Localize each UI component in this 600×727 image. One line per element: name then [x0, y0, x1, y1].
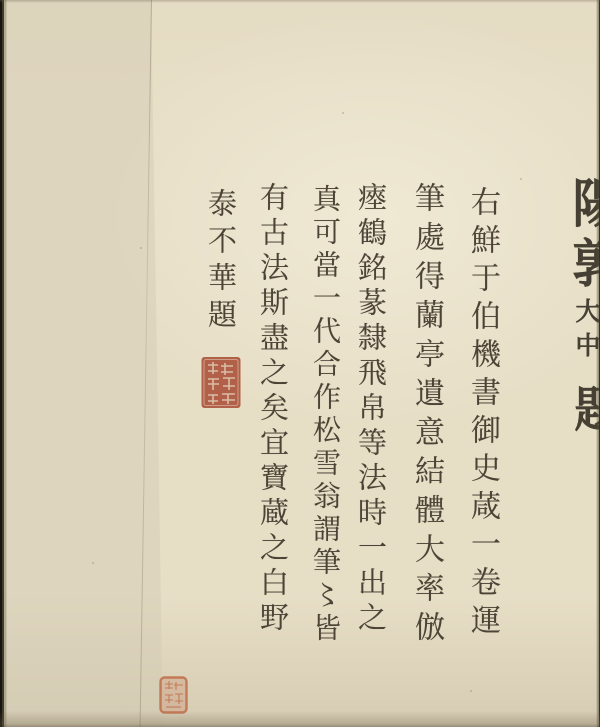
- scroll-right-edge: [596, 0, 600, 727]
- scroll-bottom-shadow: [0, 711, 600, 727]
- paper-speck: [140, 247, 142, 249]
- seal-impression-icon: [159, 676, 188, 714]
- paper-speck: [92, 562, 94, 564]
- paper-left-sheet: [0, 0, 163, 727]
- handscroll-photo: 陽郭 大中 題 右鮮于伯機書御史葴一卷運 筆處得蘭亭遺意結體大率倣 瘞鶴銘蒃隸飛…: [0, 0, 600, 727]
- colophon-column-2: 筆處得蘭亭遺意結體大率倣: [404, 182, 448, 650]
- collector-seal-stamp: [159, 676, 188, 714]
- paper-speck: [342, 112, 344, 114]
- signature-column: 泰不華題: [201, 188, 242, 336]
- scroll-top-shadow: [0, 0, 600, 3]
- paper-speck: [520, 178, 522, 180]
- colophon-column-5: 有古法斯盡之矣宜寶蔵之白野: [253, 182, 294, 637]
- frontispiece-large-characters: 陽郭: [556, 176, 600, 296]
- frontispiece-title-character: 題: [560, 384, 600, 432]
- colophon-column-1: 右鮮于伯機書御史葴一卷運: [460, 186, 504, 642]
- colophon-column-4: 真可當一代合作松雪翁謂筆〻皆: [305, 184, 345, 646]
- scroll-left-edge: [0, 0, 7, 727]
- paper-speck: [470, 690, 472, 692]
- colophon-column-3: 瘞鶴銘蒃隸飛帛等法時一出之: [351, 182, 392, 637]
- signature-seal-stamp: [201, 356, 241, 409]
- seal-impression-icon: [201, 356, 241, 409]
